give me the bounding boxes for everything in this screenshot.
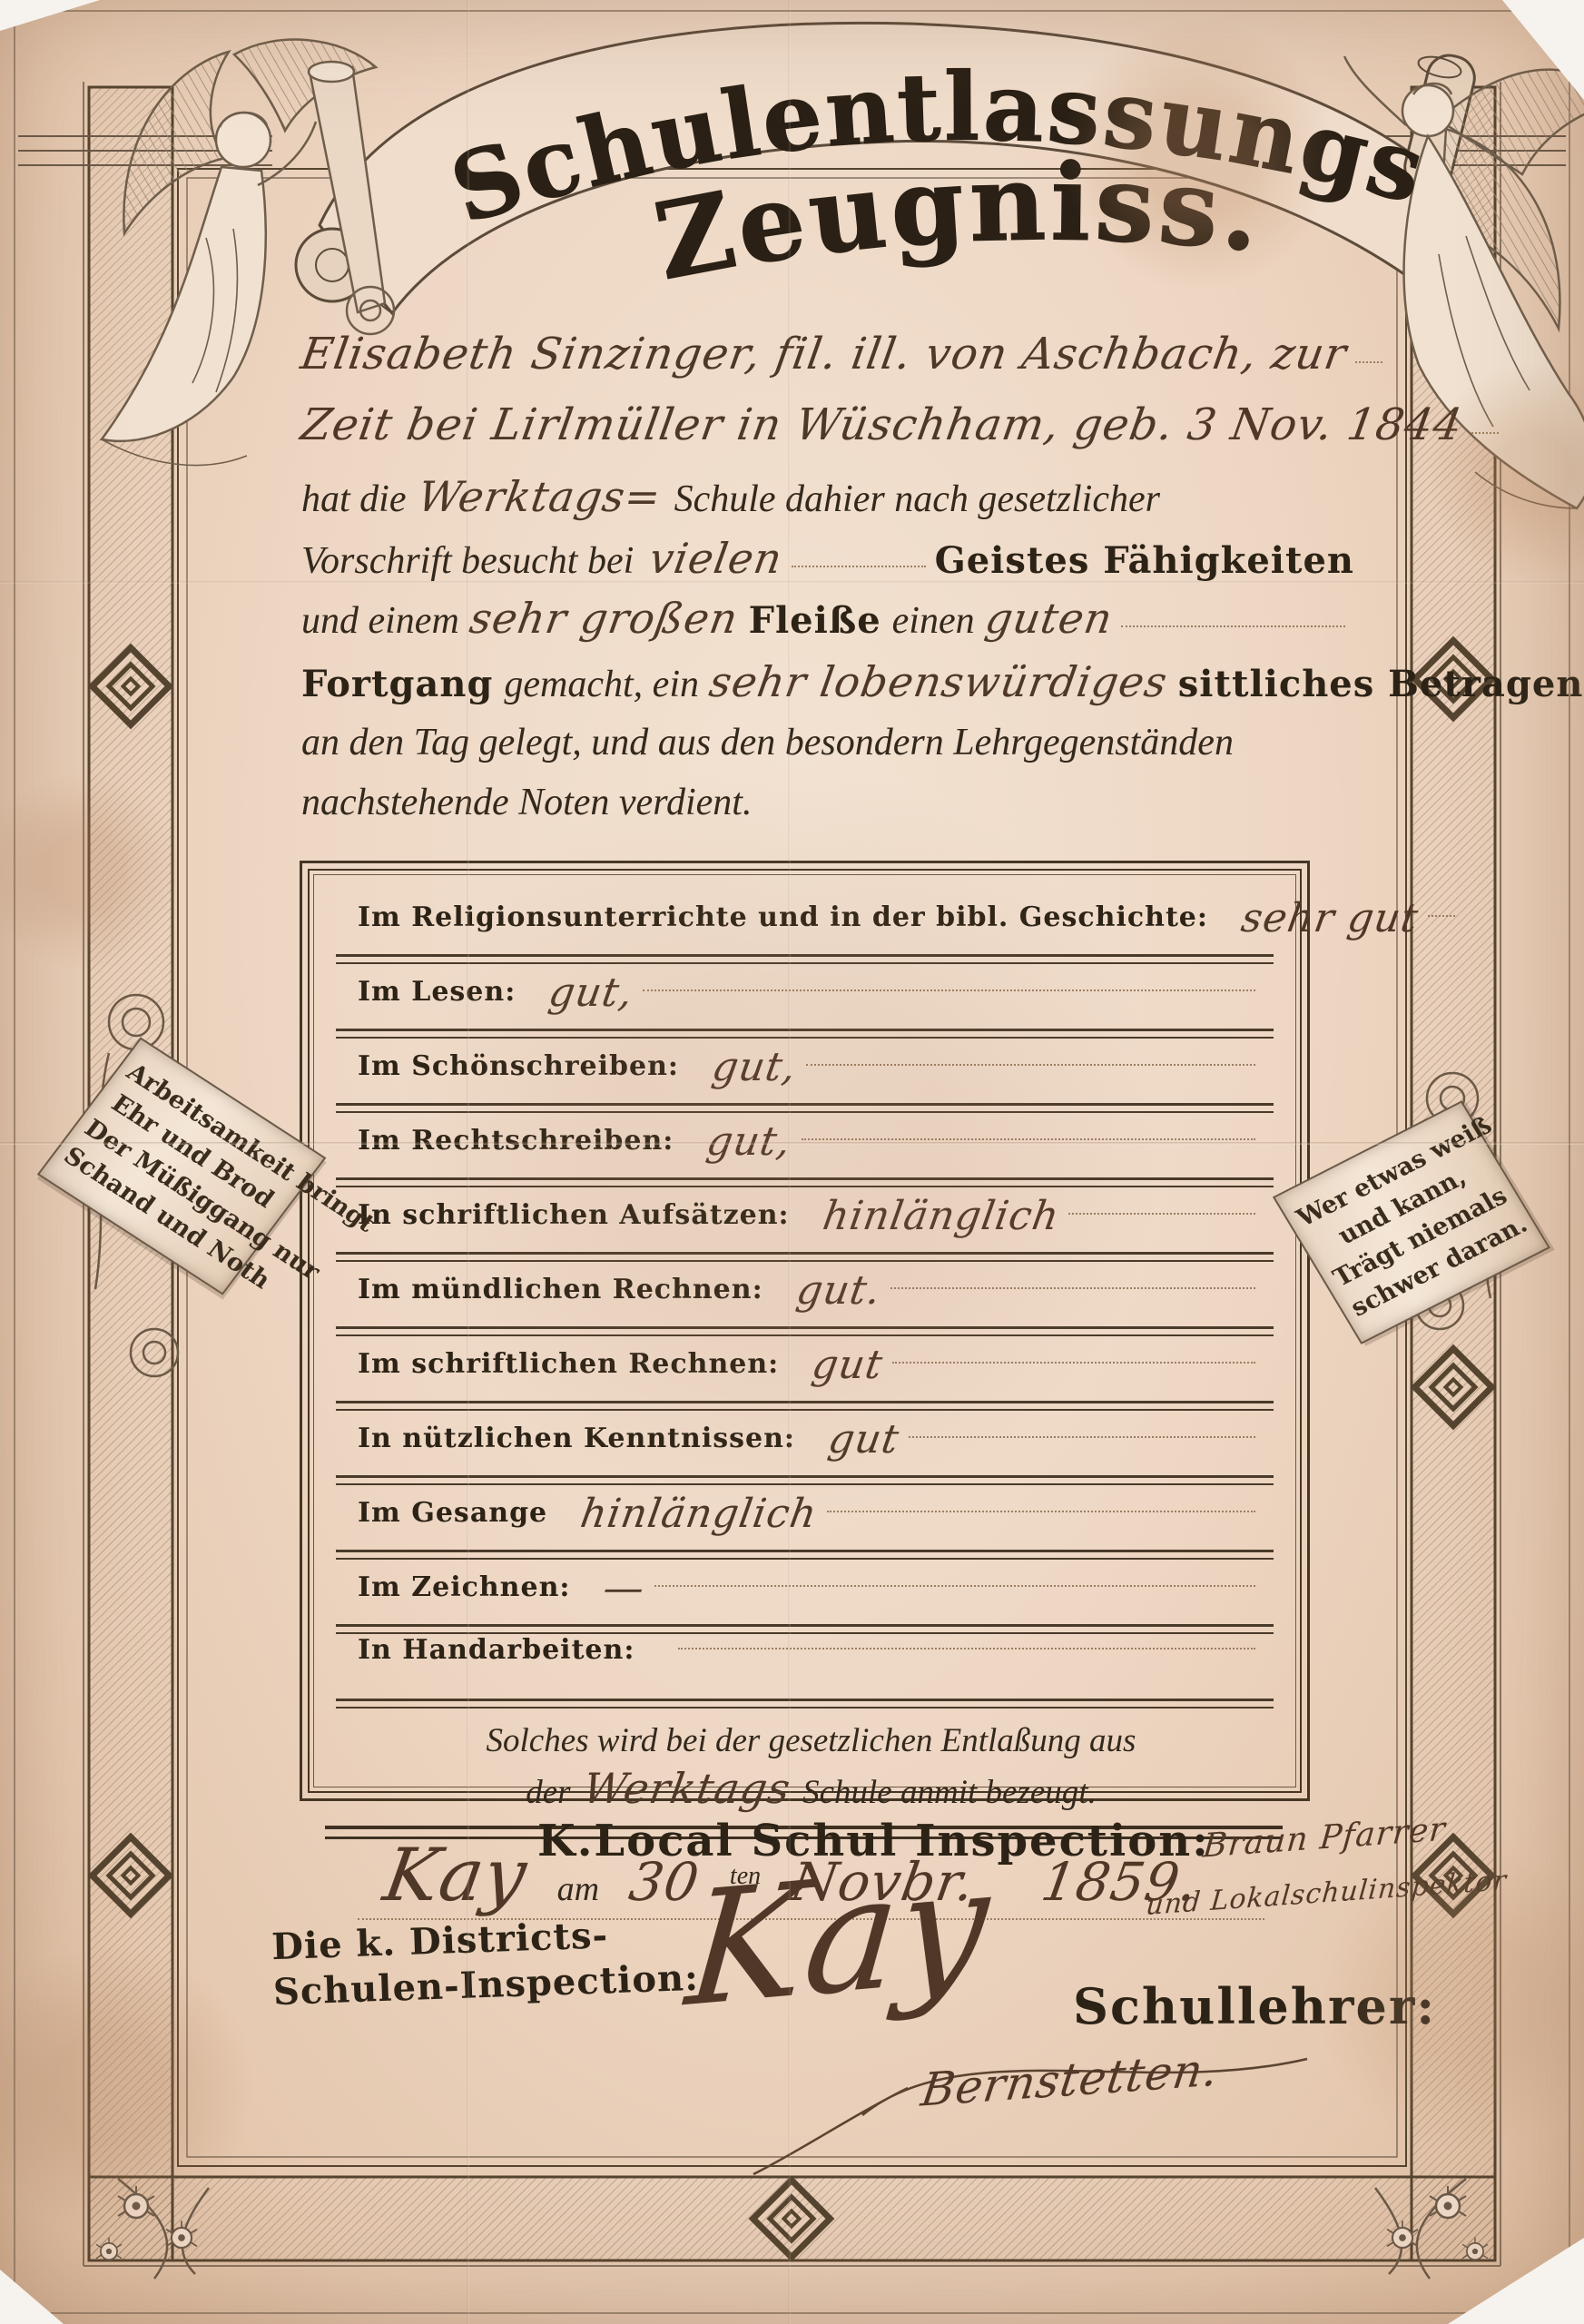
grade-row-useful-knowledge: In nützlichen Kenntnissen: gut bbox=[358, 1411, 1264, 1475]
dotted-leader bbox=[678, 1648, 1255, 1649]
dotted-leader bbox=[1068, 1213, 1255, 1215]
place-entry: Kay bbox=[379, 1843, 531, 1908]
row-divider bbox=[336, 1699, 1274, 1709]
printed-bold-text: Fleiße bbox=[749, 599, 881, 642]
row-divider bbox=[336, 1029, 1274, 1039]
row-divider bbox=[336, 1103, 1274, 1113]
intro-line-5: und einem sehr großen Fleiße einen guten bbox=[301, 594, 1354, 643]
printed-bold-text: Fortgang bbox=[301, 663, 493, 705]
progress-grade-entry: guten bbox=[981, 594, 1116, 643]
grade-row-handicrafts: In Handarbeiten: bbox=[358, 1634, 1264, 1699]
row-divider bbox=[336, 1550, 1274, 1560]
grade-row-orthography: Im Rechtschreiben: gut, bbox=[358, 1113, 1264, 1177]
printed-bold-text: sittliches Betragen bbox=[1178, 663, 1584, 705]
grade-row-oral-arithmetic: Im mündlichen Rechnen: gut. bbox=[358, 1262, 1264, 1326]
printed-text: am bbox=[557, 1869, 599, 1909]
printed-text: an den Tag gelegt, und aus den besondern… bbox=[301, 721, 1234, 764]
school-type-entry-2: Werktags bbox=[579, 1764, 793, 1813]
grade-value: gut, bbox=[709, 1044, 800, 1090]
dotted-leader bbox=[1428, 915, 1455, 917]
grade-row-religion: Im Religionsunterrichte und in der bibl.… bbox=[358, 890, 1264, 954]
grade-row-calligraphy: Im Schönschreiben: gut, bbox=[358, 1039, 1264, 1103]
grade-row-written-arithmetic: Im schriftlichen Rechnen: gut bbox=[358, 1336, 1264, 1401]
teacher-label: Schullehrer: bbox=[1073, 1977, 1436, 2035]
conduct-entry: sehr lobenswürdiges bbox=[706, 657, 1171, 706]
vertical-fold-crease bbox=[788, 0, 791, 2324]
dotted-leader bbox=[909, 1436, 1255, 1438]
dotted-leader bbox=[643, 990, 1255, 991]
grade-row-reading: Im Lesen: gut, bbox=[358, 964, 1264, 1029]
intro-line-6: Fortgang gemacht, ein sehr lobenswürdige… bbox=[301, 657, 1354, 706]
printed-text: nachstehende Noten verdient. bbox=[301, 781, 752, 824]
grade-label: In Handarbeiten: bbox=[358, 1634, 635, 1666]
grade-label: Im schriftlichen Rechnen: bbox=[358, 1348, 779, 1380]
dotted-leader bbox=[792, 566, 926, 567]
dotted-leader bbox=[1355, 361, 1382, 363]
row-divider bbox=[336, 1401, 1274, 1411]
grade-label: Im Gesange bbox=[358, 1497, 547, 1529]
grade-value: gut, bbox=[546, 970, 636, 1016]
grades-table-inner-border: Im Religionsunterrichte und in der bibl.… bbox=[308, 869, 1302, 1793]
intro-line-7: an den Tag gelegt, und aus den besondern… bbox=[301, 721, 1354, 764]
grade-row-essays: In schriftlichen Aufsätzen: hinlänglich bbox=[358, 1187, 1264, 1252]
place-signature: Kay bbox=[682, 1846, 995, 2030]
printed-text: und einem bbox=[301, 599, 459, 643]
grade-value: gut bbox=[825, 1416, 902, 1462]
district-inspection-label: Die k. Districts- Schulen-Inspection: bbox=[271, 1910, 699, 2015]
ability-entry: vielen bbox=[646, 534, 786, 583]
grade-value: gut. bbox=[793, 1267, 884, 1314]
grade-value: hinlänglich bbox=[820, 1193, 1063, 1239]
row-divider bbox=[336, 1326, 1274, 1336]
grade-value: sehr gut bbox=[1238, 895, 1422, 941]
grade-label: Im Religionsunterrichte und in der bibl.… bbox=[358, 901, 1208, 933]
grade-label: Im Schönschreiben: bbox=[358, 1050, 679, 1082]
dotted-leader bbox=[1121, 625, 1345, 627]
school-type-entry: Werktags= bbox=[415, 472, 665, 521]
grade-label: Im mündlichen Rechnen: bbox=[358, 1274, 763, 1305]
grade-label: Im Rechtschreiben: bbox=[358, 1125, 674, 1157]
grade-value: gut bbox=[809, 1342, 886, 1388]
printed-text: Schule anmit bezeugt. bbox=[802, 1773, 1097, 1812]
horizontal-fold-crease bbox=[0, 1142, 1584, 1145]
attestation-line-2: der Werktags Schule anmit bezeugt. bbox=[358, 1764, 1264, 1813]
horizontal-fold-crease bbox=[0, 581, 1584, 584]
grades-table: Im Religionsunterrichte und in der bibl.… bbox=[300, 861, 1310, 1801]
printed-bold-text: Geistes Fähigkeiten bbox=[935, 539, 1354, 582]
intro-line-2: Zeit bei Lirlmüller in Wüschham, geb. 3 … bbox=[301, 399, 1354, 450]
dotted-leader bbox=[827, 1511, 1255, 1512]
row-divider bbox=[336, 1624, 1274, 1634]
row-divider bbox=[336, 954, 1274, 964]
row-divider bbox=[336, 1177, 1274, 1187]
printed-text: einen bbox=[892, 599, 975, 643]
printed-text: gemacht, ein bbox=[504, 663, 699, 706]
grade-label: In nützlichen Kenntnissen: bbox=[358, 1423, 795, 1454]
grade-row-drawing: Im Zeichnen: — bbox=[358, 1560, 1264, 1624]
grade-value: — bbox=[600, 1565, 648, 1611]
student-name-entry: Elisabeth Sinzinger, fil. ill. von Aschb… bbox=[298, 329, 1351, 379]
intro-line-8: nachstehende Noten verdient. bbox=[301, 781, 1354, 824]
row-divider bbox=[336, 1252, 1274, 1262]
printed-text: der bbox=[526, 1773, 570, 1812]
grade-row-singing: Im Gesange hinlänglich bbox=[358, 1485, 1264, 1550]
intro-line-1: Elisabeth Sinzinger, fil. ill. von Aschb… bbox=[301, 329, 1354, 379]
attestation-block: Solches wird bei der gesetzlichen Entlaß… bbox=[358, 1721, 1264, 1813]
printed-text: Schule dahier nach gesetzlicher bbox=[674, 478, 1160, 521]
dotted-leader bbox=[1471, 432, 1499, 434]
dotted-leader bbox=[892, 1362, 1255, 1364]
grade-value: hinlänglich bbox=[577, 1491, 821, 1537]
diligence-entry: sehr großen bbox=[467, 594, 742, 643]
dotted-leader bbox=[654, 1585, 1255, 1587]
grade-label: In schriftlichen Aufsätzen: bbox=[358, 1199, 790, 1231]
grade-label: Im Zeichnen: bbox=[358, 1571, 570, 1603]
attestation-line-1: Solches wird bei der gesetzlichen Entlaß… bbox=[358, 1721, 1264, 1760]
row-divider bbox=[336, 1475, 1274, 1485]
printed-text: hat die bbox=[301, 478, 406, 521]
vertical-fold-crease bbox=[467, 0, 469, 2324]
intro-line-3: hat die Werktags= Schule dahier nach ges… bbox=[301, 472, 1354, 521]
grade-label: Im Lesen: bbox=[358, 976, 516, 1008]
residence-birth-entry: Zeit bei Lirlmüller in Wüschham, geb. 3 … bbox=[298, 399, 1467, 450]
certificate-document: Schulentlassungs Zeugniss. Elisabeth Sin… bbox=[0, 0, 1584, 2324]
dotted-leader bbox=[806, 1064, 1255, 1066]
dotted-leader bbox=[890, 1287, 1255, 1289]
intro-line-4: Vorschrift besucht bei vielen Geistes Fä… bbox=[301, 534, 1354, 583]
dotted-leader bbox=[802, 1138, 1255, 1140]
